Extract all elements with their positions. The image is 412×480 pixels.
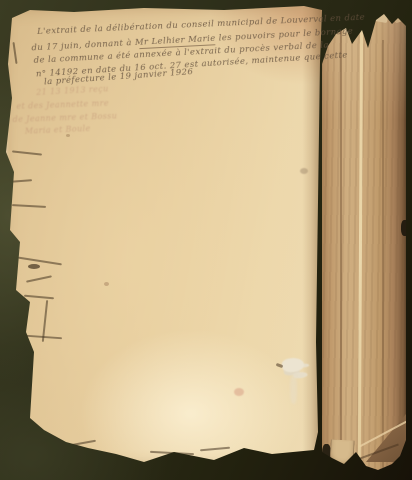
handwritten-line-faint: Maria et Boule: [25, 124, 91, 137]
torn-flap: [393, 13, 405, 24]
document-scan: L'extrait de la délibération du conseil …: [0, 0, 412, 480]
torn-flap: [373, 9, 389, 23]
foxing-spot: [300, 168, 308, 174]
tear-hole: [28, 264, 40, 269]
handwritten-line-faint: et des Jeannette mre: [16, 99, 109, 112]
edge-notch: [401, 220, 409, 236]
spine-crease-shadow: [382, 40, 384, 468]
foxing-spot: [104, 282, 109, 286]
handwritten-line-faint: de Jeanne mre et Bossu: [12, 111, 117, 125]
foxing-spot: [234, 388, 244, 396]
spine-crease-highlight: [358, 0, 363, 476]
white-stain-streak: [290, 374, 297, 404]
handwritten-note: L'extrait de la délibération du conseil …: [23, 9, 355, 155]
bottom-torn-tab: [329, 439, 354, 467]
